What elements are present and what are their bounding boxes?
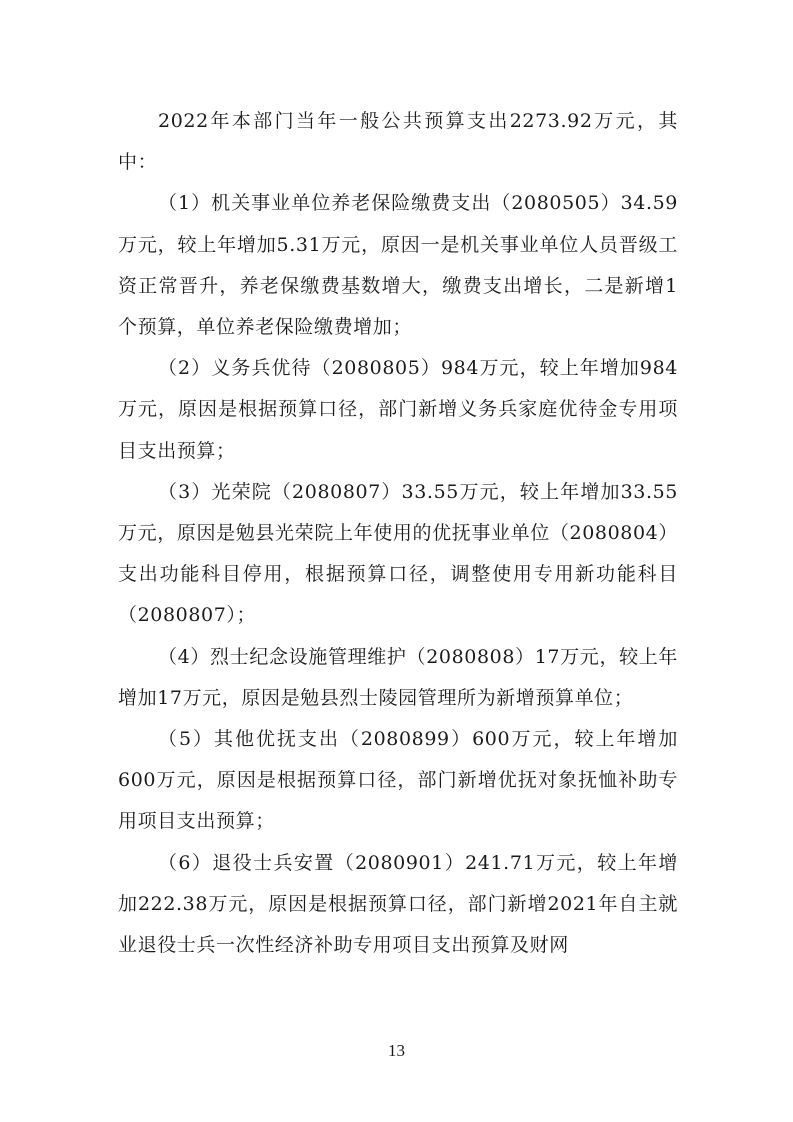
paragraph-item-2-conscript-preferential: （2）义务兵优待（2080805）984万元，较上年增加984万元，原因是根据预… [118,348,678,472]
paragraph-item-1-pension-insurance: （1）机关事业单位养老保险缴费支出（2080505）34.59万元，较上年增加5… [118,183,678,348]
paragraph-item-5-other-preferential: （5）其他优抚支出（2080899）600万元，较上年增加600万元，原因是根据… [118,719,678,843]
paragraph-item-4-martyr-memorial: （4）烈士纪念设施管理维护（2080808）17万元，较上年增加17万元，原因是… [118,637,678,719]
page-number: 13 [0,1041,793,1061]
paragraph-item-6-veteran-resettlement: （6）退役士兵安置（2080901）241.71万元，较上年增加222.38万元… [118,843,678,967]
paragraph-summary: 2022年本部门当年一般公共预算支出2273.92万元，其中： [118,101,678,183]
paragraph-item-3-honor-home: （3）光荣院（2080807）33.55万元，较上年增加33.55万元，原因是勉… [118,472,678,637]
document-page: 2022年本部门当年一般公共预算支出2273.92万元，其中： （1）机关事业单… [0,0,793,1122]
document-body: 2022年本部门当年一般公共预算支出2273.92万元，其中： （1）机关事业单… [118,101,678,966]
